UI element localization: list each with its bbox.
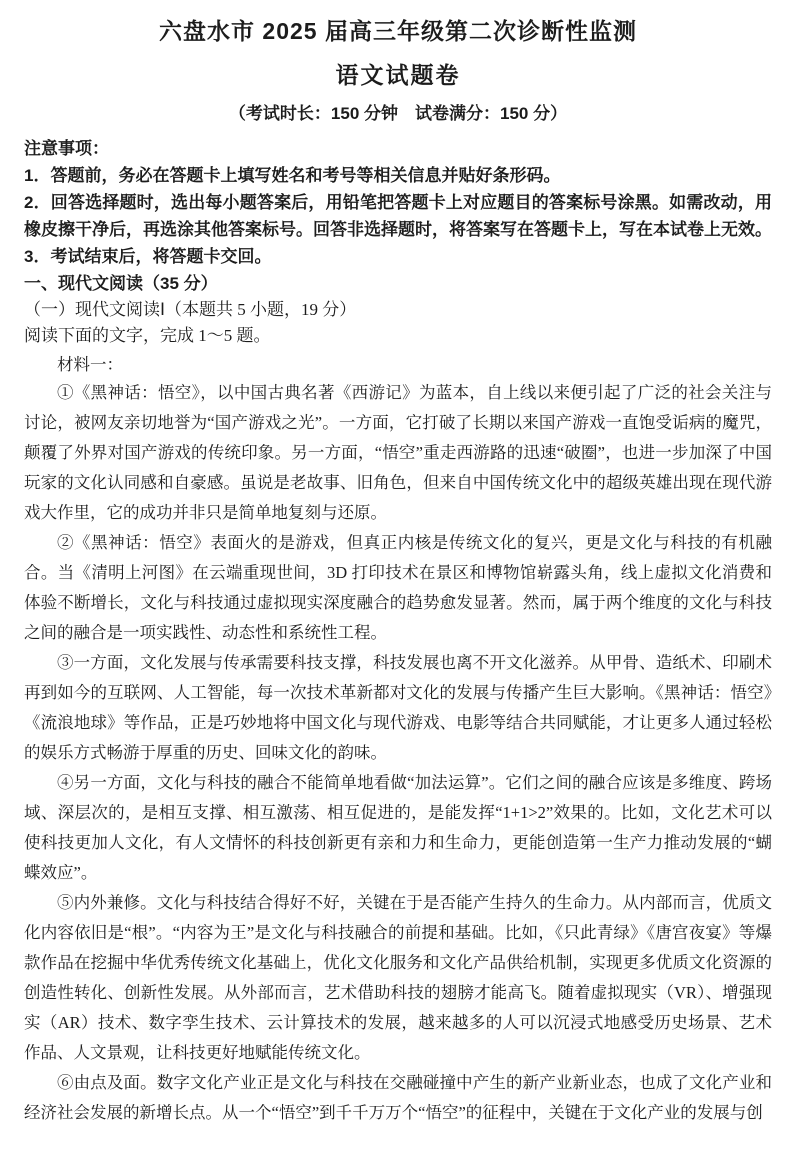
material-paragraph-3: ③一方面，文化发展与传承需要科技支撑，科技发展也离不开文化滋养。从甲骨、造纸术、… bbox=[24, 648, 772, 768]
exam-paper-page: 六盘水市 2025 届高三年级第二次诊断性监测 语文试题卷 （考试时长：150 … bbox=[0, 0, 800, 1149]
material-one-label: 材料一： bbox=[24, 351, 772, 378]
notice-item-3: 3．考试结束后，将答题卡交回。 bbox=[24, 243, 772, 270]
subsection-heading-reading-1: （一）现代文阅读Ⅰ（本题共 5 小题，19 分） bbox=[24, 297, 772, 323]
exam-duration-and-score: （考试时长：150 分钟 试卷满分：150 分） bbox=[24, 102, 772, 126]
material-paragraph-6: ⑥由点及面。数字文化产业正是文化与科技在交融碰撞中产生的新产业新业态，也成了文化… bbox=[24, 1068, 772, 1128]
material-paragraph-2: ②《黑神话：悟空》表面火的是游戏，但真正内核是传统文化的复兴，更是文化与科技的有… bbox=[24, 528, 772, 648]
reading-instruction: 阅读下面的文字，完成 1～5 题。 bbox=[24, 323, 772, 349]
paper-subject-title: 语文试题卷 bbox=[24, 61, 772, 89]
material-paragraph-1: ①《黑神话：悟空》，以中国古典名著《西游记》为蓝本，自上线以来便引起了广泛的社会… bbox=[24, 378, 772, 528]
section-heading-modern-reading: 一、现代文阅读（35 分） bbox=[24, 270, 772, 297]
notice-item-1: 1．答题前，务必在答题卡上填写姓名和考号等相关信息并贴好条形码。 bbox=[24, 162, 772, 189]
notice-item-2: 2．回答选择题时，选出每小题答案后，用铅笔把答题卡上对应题目的答案标号涂黑。如需… bbox=[24, 189, 772, 243]
paper-title: 六盘水市 2025 届高三年级第二次诊断性监测 bbox=[24, 16, 772, 46]
material-paragraph-5: ⑤内外兼修。文化与科技结合得好不好，关键在于是否能产生持久的生命力。从内部而言，… bbox=[24, 888, 772, 1068]
notice-heading: 注意事项： bbox=[24, 135, 772, 162]
material-paragraph-4: ④另一方面，文化与科技的融合不能简单地看做“加法运算”。它们之间的融合应该是多维… bbox=[24, 768, 772, 888]
